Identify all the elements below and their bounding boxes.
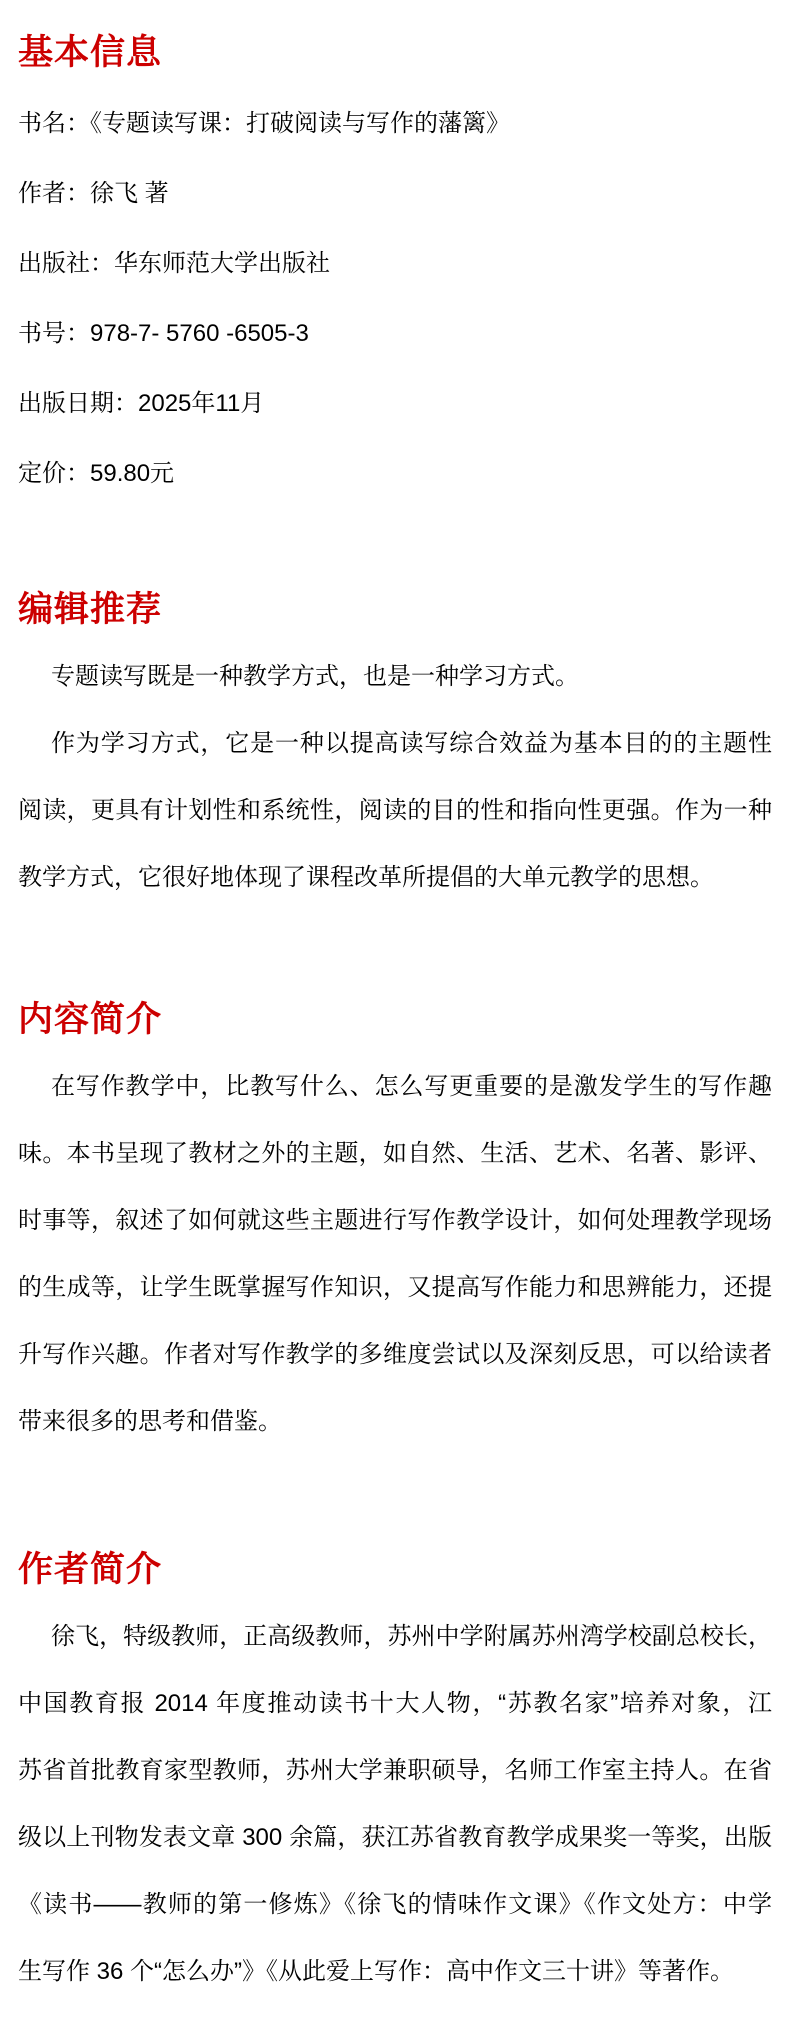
book-title-line: 书名：《专题读写课：打破阅读与写作的藩篱》 — [18, 89, 772, 159]
content-line: 味。本书呈现了教材之外的主题，如自然、生活、艺术、名著、影评、 — [18, 1120, 772, 1187]
content-line: 苏省首批教育家型教师，苏州大学兼职硕导，名师工作室主持人。在省 — [18, 1737, 772, 1804]
section-content-intro: 内容简介 在写作教学中，比教写什么、怎么写更重要的是激发学生的写作趣 味。本书呈… — [18, 997, 772, 1455]
editor-recommendation-heading: 编辑推荐 — [18, 587, 772, 633]
section-author-intro: 作者简介 徐飞，特级教师，正高级教师，苏州中学附属苏州湾学校副总校长， 中国教育… — [18, 1547, 772, 2005]
isbn-line: 书号：978-7- 5760 -6505-3 — [18, 299, 772, 369]
content-line: 《读书——教师的第一修炼》《徐飞的情味作文课》《作文处方：中学 — [18, 1871, 772, 1938]
price-line: 定价：59.80元 — [18, 439, 772, 509]
content-line: 在写作教学中，比教写什么、怎么写更重要的是激发学生的写作趣 — [18, 1053, 772, 1120]
publisher-line: 出版社：华东师范大学出版社 — [18, 229, 772, 299]
content-line: 阅读，更具有计划性和系统性，阅读的目的性和指向性更强。作为一种 — [18, 777, 772, 844]
editor-recommendation-text: 专题读写既是一种教学方式，也是一种学习方式。 作为学习方式，它是一种以提高读写综… — [18, 643, 772, 911]
author-line: 作者：徐飞 著 — [18, 159, 772, 229]
content-line: 作为学习方式，它是一种以提高读写综合效益为基本目的的主题性 — [18, 710, 772, 777]
content-line: 带来很多的思考和借鉴。 — [18, 1388, 772, 1455]
basic-info-list: 书名：《专题读写课：打破阅读与写作的藩篱》 作者：徐飞 著 出版社：华东师范大学… — [18, 89, 772, 509]
content-line: 中国教育报 2014 年度推动读书十大人物，“苏教名家”培养对象，江 — [18, 1670, 772, 1737]
publish-date-line: 出版日期：2025年11月 — [18, 369, 772, 439]
content-intro-heading: 内容简介 — [18, 997, 772, 1043]
content-line: 时事等，叙述了如何就这些主题进行写作教学设计，如何处理教学现场 — [18, 1187, 772, 1254]
content-line: 教学方式，它很好地体现了课程改革所提倡的大单元教学的思想。 — [18, 844, 772, 911]
content-intro-text: 在写作教学中，比教写什么、怎么写更重要的是激发学生的写作趣 味。本书呈现了教材之… — [18, 1053, 772, 1455]
book-detail-page: 基本信息 书名：《专题读写课：打破阅读与写作的藩篱》 作者：徐飞 著 出版社：华… — [0, 0, 790, 2040]
content-line: 的生成等，让学生既掌握写作知识，又提高写作能力和思辨能力，还提 — [18, 1254, 772, 1321]
section-editor-recommendation: 编辑推荐 专题读写既是一种教学方式，也是一种学习方式。 作为学习方式，它是一种以… — [18, 587, 772, 911]
author-intro-heading: 作者简介 — [18, 1547, 772, 1593]
section-basic-info: 基本信息 书名：《专题读写课：打破阅读与写作的藩篱》 作者：徐飞 著 出版社：华… — [18, 30, 772, 509]
basic-info-heading: 基本信息 — [18, 30, 772, 76]
content-line: 级以上刊物发表文章 300 余篇，获江苏省教育教学成果奖一等奖，出版 — [18, 1804, 772, 1871]
author-intro-text: 徐飞，特级教师，正高级教师，苏州中学附属苏州湾学校副总校长， 中国教育报 201… — [18, 1603, 772, 2005]
content-line: 生写作 36 个“怎么办”》《从此爱上写作：高中作文三十讲》等著作。 — [18, 1938, 772, 2005]
content-line: 升写作兴趣。作者对写作教学的多维度尝试以及深刻反思，可以给读者 — [18, 1321, 772, 1388]
content-line: 专题读写既是一种教学方式，也是一种学习方式。 — [18, 643, 772, 710]
content-line: 徐飞，特级教师，正高级教师，苏州中学附属苏州湾学校副总校长， — [18, 1603, 772, 1670]
